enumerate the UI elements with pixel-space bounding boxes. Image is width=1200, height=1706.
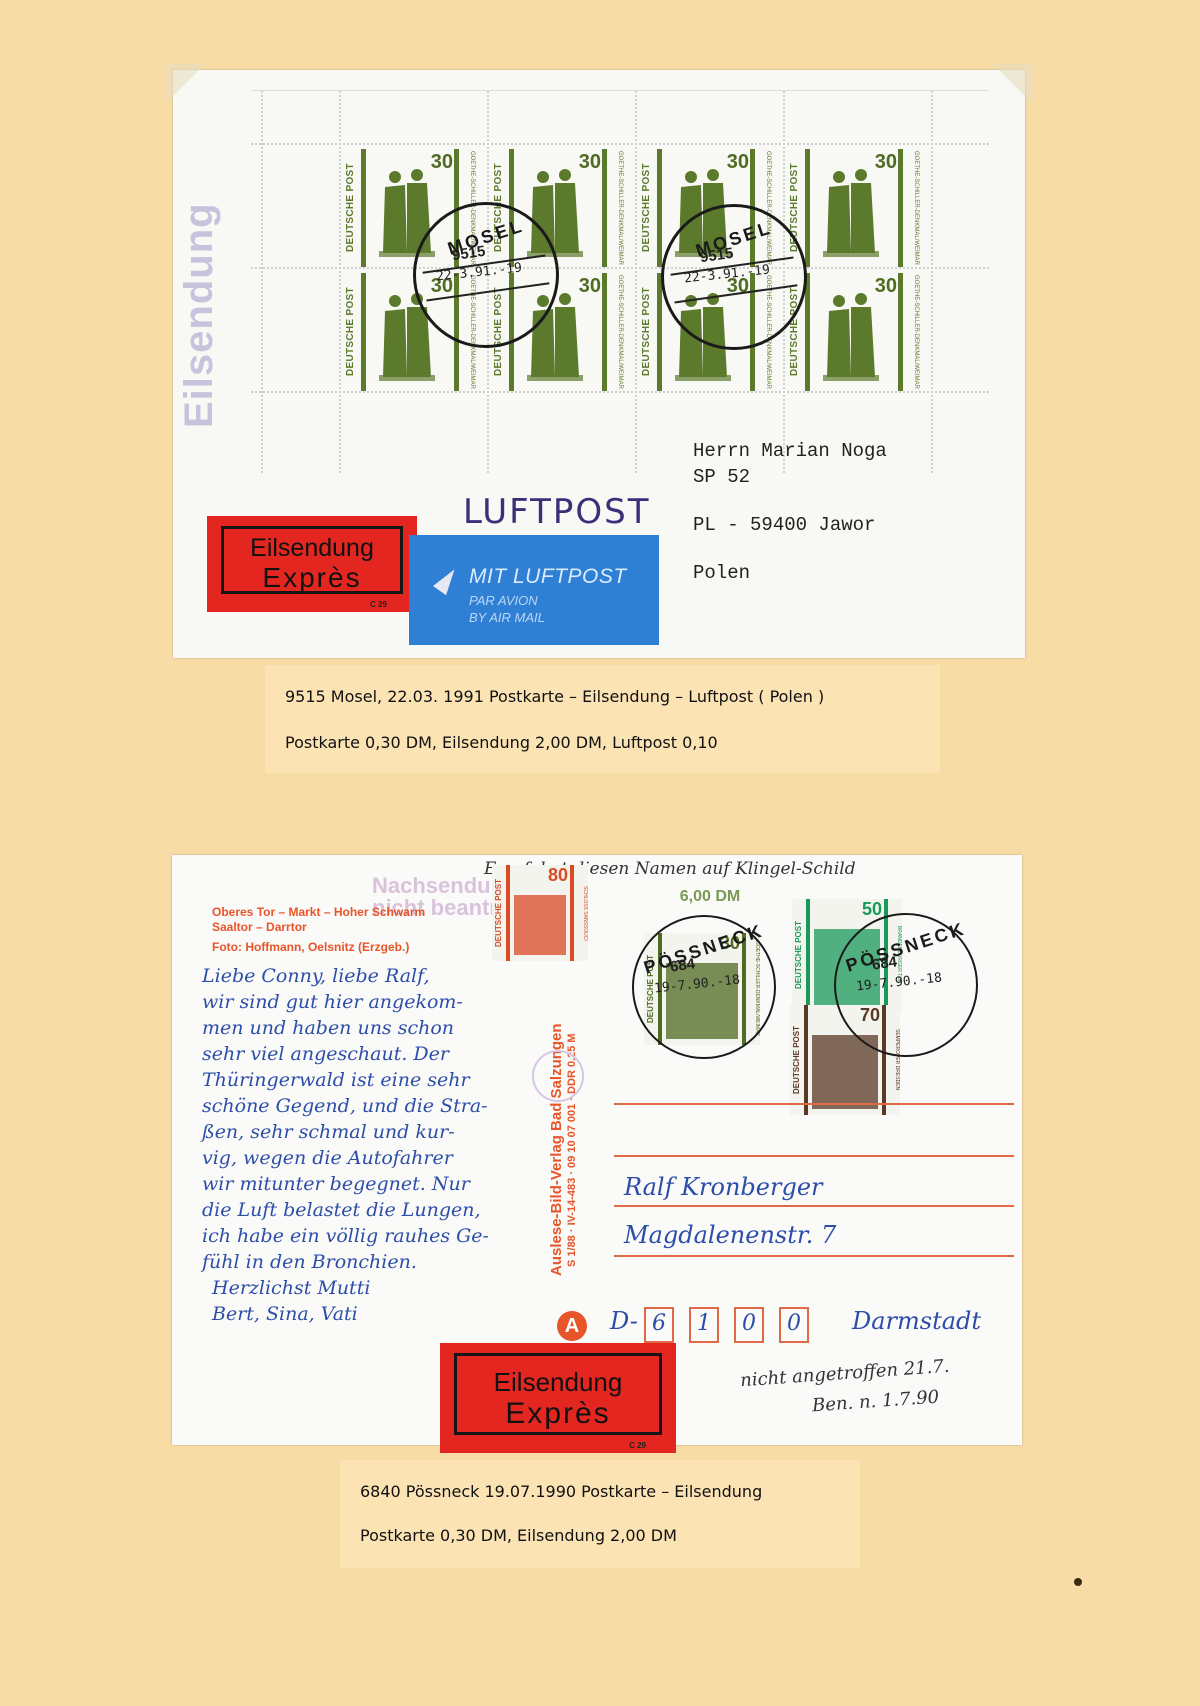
- caption-card2: 6840 Pössneck 19.07.1990 Postkarte – Eil…: [340, 1460, 860, 1568]
- caption-postage: Postkarte 0,30 DM, Eilsendung 2,00 DM: [360, 1526, 677, 1545]
- stamp-sheet: DEUTSCHE POST30GOETHE-SCHILLER-DENKMAL/W…: [251, 90, 989, 473]
- zip-box: 0: [779, 1307, 809, 1343]
- country-prefix: D-: [610, 1307, 638, 1335]
- zip-digit: 0: [742, 1311, 756, 1336]
- picture-caption: Foto: Hoffmann, Oelsnitz (Erzgeb.): [212, 940, 409, 954]
- stamp-value: 50: [862, 899, 882, 920]
- postmark-zip: 9515: [699, 245, 734, 266]
- stamp: 6,00 DM: [650, 877, 770, 917]
- zip-box: 6: [644, 1307, 674, 1343]
- address-line: Herrn Marian Noga: [693, 440, 887, 462]
- zip-digit: 0: [787, 1311, 801, 1336]
- a-mark-icon: A: [557, 1311, 587, 1341]
- message-line: wir mitunter begegnet. Nur: [202, 1173, 470, 1195]
- message-line: ßen, sehr schmal und kur-: [202, 1121, 455, 1143]
- label-code: C 29: [629, 1441, 646, 1450]
- eilsendung-cachet: Eilsendung: [177, 180, 221, 450]
- postmark-city: PÖSSNECK: [634, 918, 774, 981]
- express-label-line2: Exprès: [440, 1397, 676, 1431]
- message-line: men und haben uns schon: [202, 1017, 454, 1039]
- stamp-30: DEUTSCHE POST30GOETHE-SCHILLER-DENKMAL/W…: [789, 273, 919, 391]
- luftpost-cachet: LUFTPOST: [463, 492, 650, 532]
- address-line: PL - 59400 Jawor: [693, 514, 875, 536]
- publisher-line: Auslese-Bild-Verlag Bad Salzungen: [548, 1005, 565, 1295]
- airmail-line2: PAR AVION: [469, 593, 538, 608]
- stamp-issuer: DEUTSCHE POST: [641, 273, 657, 391]
- postmark-zip: 9515: [451, 243, 486, 264]
- photo-corner: [165, 64, 205, 104]
- postcard-darmstadt: Nachsendung nicht beantragt Oberes Tor –…: [172, 855, 1022, 1445]
- postmark: PÖSSNECK 684 19-7.90.-18: [632, 915, 776, 1059]
- publisher-line: S 1/88 · IV-14-483 · 09 10 07 001 · DDR …: [566, 1005, 578, 1295]
- recipient-city: Darmstadt: [852, 1307, 981, 1335]
- express-label-line1: Eilsendung: [440, 1367, 676, 1398]
- postmark: MOSEL 9515 22-3.91.-19: [661, 204, 807, 350]
- picture-caption: Saaltor – Darrtor: [212, 920, 307, 934]
- stamp-value: 6,00 DM: [650, 877, 770, 917]
- return-note: Ben. n. 1.7.90: [811, 1387, 939, 1417]
- postmark-date: 19-7.90.-18: [653, 973, 740, 997]
- message-line: Herzlichst Mutti: [212, 1277, 370, 1299]
- postmark: MOSEL 9515 22-3.91.-19: [413, 202, 559, 348]
- message-line: schöne Gegend, und die Stra-: [202, 1095, 488, 1117]
- express-label: Eilsendung Exprès C 29: [207, 516, 417, 612]
- stamp-issuer: DEUTSCHE POST: [792, 1005, 804, 1115]
- postmark-date: 19-7.90.-18: [855, 971, 942, 995]
- airmail-line1: MIT LUFTPOST: [469, 565, 627, 589]
- plane-icon: [433, 565, 461, 595]
- postcard-poland: Eilsendung DEUTSCHE POST30GOETHE-SCHILLE…: [173, 70, 1025, 658]
- express-label: Eilsendung Exprès C 29: [440, 1343, 676, 1453]
- stamp-subject: GOETHE-SCHILLER-DENKMAL/WEIMAR: [607, 273, 623, 391]
- stamp-issuer: DEUTSCHE POST: [345, 149, 361, 267]
- return-note: nicht angetroffen 21.7.: [740, 1356, 951, 1392]
- speck: [1074, 1578, 1082, 1586]
- statue-icon: [819, 287, 883, 383]
- statue-icon: [819, 163, 883, 259]
- label-code: C 29: [370, 600, 387, 609]
- stamp-subject: GOETHE-SCHILLER-DENKMAL/WEIMAR: [903, 273, 919, 391]
- photo-corner: [993, 64, 1033, 104]
- stamp-issuer: DEUTSCHE POST: [345, 273, 361, 391]
- airmail-label: MIT LUFTPOST PAR AVION BY AIR MAIL: [409, 535, 659, 645]
- picture-caption: Oberes Tor – Markt – Hoher Schwarm: [212, 905, 425, 919]
- message-line: sehr viel angeschaut. Der: [202, 1043, 449, 1065]
- message-line: wir sind gut hier angekom-: [202, 991, 463, 1013]
- message-line: fühl in den Bronchien.: [202, 1251, 417, 1273]
- message-line: die Luft belastet die Lungen,: [202, 1199, 481, 1221]
- postmark-zip: 684: [669, 955, 696, 975]
- address-line: Polen: [693, 562, 750, 584]
- airmail-line3: BY AIR MAIL: [469, 610, 545, 625]
- stamp-30: DEUTSCHE POST30GOETHE-SCHILLER-DENKMAL/W…: [789, 149, 919, 267]
- zip-box: 0: [734, 1307, 764, 1343]
- faint-stamp-mark: [532, 1050, 584, 1102]
- express-label-line2: Exprès: [207, 562, 417, 594]
- express-label-line1: Eilsendung: [207, 534, 417, 563]
- stamp-issuer: DEUTSCHE POST: [794, 899, 806, 1011]
- caption-title: 9515 Mosel, 22.03. 1991 Postkarte – Eils…: [285, 687, 824, 706]
- postmark-zip: 684: [871, 953, 898, 973]
- stamp-subject: SCHLOSS SANSSOUCI: [576, 865, 588, 961]
- zip-digit: 1: [697, 1311, 711, 1336]
- address-line: SP 52: [693, 466, 750, 488]
- message-line: vig, wegen die Autofahrer: [202, 1147, 453, 1169]
- caption-card1: 9515 Mosel, 22.03. 1991 Postkarte – Eils…: [265, 665, 940, 773]
- stamp: DEUTSCHE POST80SCHLOSS SANSSOUCI: [492, 865, 588, 961]
- message-line: Thüringerwald ist eine sehr: [202, 1069, 470, 1091]
- stamp-image: [514, 895, 566, 955]
- message-line: ich habe ein völlig rauhes Ge-: [202, 1225, 489, 1247]
- zip-box: 1: [689, 1307, 719, 1343]
- postmark: PÖSSNECK 684 19-7.90.-18: [834, 913, 978, 1057]
- message-line: Bert, Sina, Vati: [212, 1303, 358, 1325]
- stamp-subject: GOETHE-SCHILLER-DENKMAL/WEIMAR: [903, 149, 919, 267]
- stamp-subject: GOETHE-SCHILLER-DENKMAL/WEIMAR: [607, 149, 623, 267]
- caption-title: 6840 Pössneck 19.07.1990 Postkarte – Eil…: [360, 1482, 762, 1501]
- caption-postage: Postkarte 0,30 DM, Eilsendung 2,00 DM, L…: [285, 733, 718, 752]
- stamp-issuer: DEUTSCHE POST: [641, 149, 657, 267]
- stamp-issuer: DEUTSCHE POST: [494, 865, 506, 961]
- message-line: Liebe Conny, liebe Ralf,: [202, 965, 430, 987]
- recipient-name: Ralf Kronberger: [624, 1173, 823, 1201]
- stamp-value: 80: [548, 865, 568, 886]
- zip-digit: 6: [652, 1311, 666, 1336]
- recipient-street: Magdalenenstr. 7: [624, 1221, 836, 1249]
